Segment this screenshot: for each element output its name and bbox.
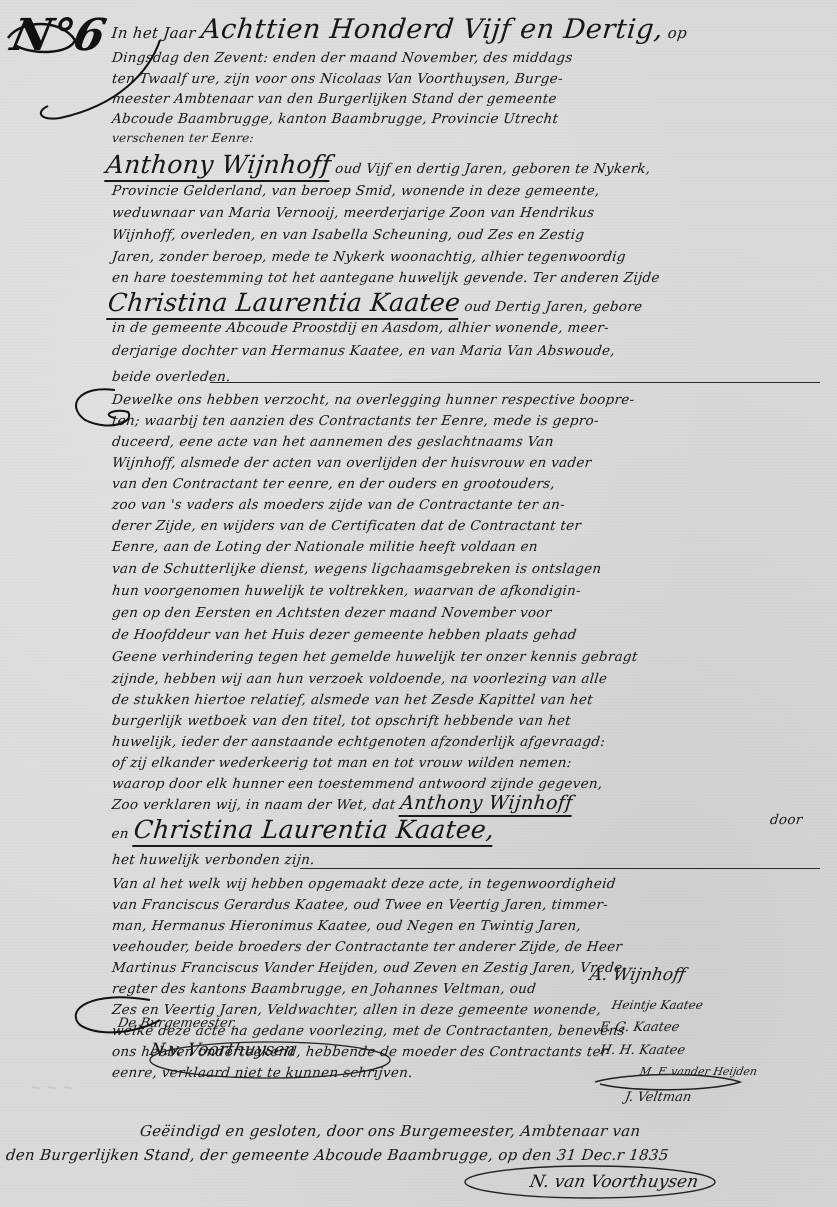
closing-line-1: Geëindigd en gesloten, door ons Burgemee… (139, 1122, 641, 1140)
declaration-groom-name: Anthony Wijnhoff (399, 792, 574, 817)
flourish-icon (60, 380, 180, 440)
declaration-line: Zoo verklaren wij, in naam der Wet, dat … (111, 792, 574, 814)
header-tail: op (667, 24, 688, 42)
bride-name: Christina Laurentia Kaatee (106, 288, 462, 320)
text-line: Abcoude Baambrugge, kanton Baambrugge, P… (111, 111, 559, 127)
text-line: weduwnaar van Maria Vernooij, meerderjar… (111, 205, 595, 221)
text-line: in de gemeente Abcoude Proostdij en Aasd… (111, 320, 610, 336)
text-line: Geene verhindering tegen het gemelde huw… (111, 649, 638, 665)
text-line: Dewelke ons hebben verzocht, na overlegg… (111, 392, 635, 408)
text-line: van de Schutterlijke dienst, wegens ligc… (111, 561, 602, 577)
text-line: Van al het welk wij hebben opgemaakt dez… (111, 876, 616, 892)
text-line: burgerlijk wetboek van den titel, tot op… (111, 713, 572, 729)
groom-line: Anthony Wijnhoff oud Vijf en dertig Jare… (104, 150, 652, 179)
text-line: Eenre, aan de Loting der Nationale milit… (111, 539, 539, 555)
text-line: van den Contractant ter eenre, en der ou… (111, 476, 556, 492)
year-words: Achttien Honderd Vijf en Dertig, (200, 14, 665, 45)
text-line: huwelijk, ieder der aanstaande echtgenot… (111, 734, 606, 750)
bleed-through-text: ~ ~ ~ (29, 1080, 75, 1096)
text-line: de stukken hiertoe relatief, alsmede van… (111, 692, 594, 708)
document-page: ~ ~ ~ N°6 In het Jaar Achttien Honderd V… (0, 0, 837, 1207)
text-line: derer Zijde, en wijders van de Certifica… (111, 518, 582, 534)
text-line: derjarige dochter van Hermanus Kaatee, e… (111, 343, 616, 359)
declaration-bride-line: en Christina Laurentia Kaatee, (110, 815, 495, 844)
text-line: waarop door elk hunner een toestemmend a… (111, 776, 603, 792)
text-line: of zij elkander wederkeerig tot man en t… (111, 755, 572, 771)
text-line: ten; waarbij ten aanzien des Contractant… (111, 413, 600, 429)
text-line: Provincie Gelderland, van beroep Smid, w… (111, 183, 600, 199)
text-line: zoo van 's vaders als moeders zijde van … (111, 497, 566, 513)
text-line: Jaren, zonder beroep, mede te Nykerk woo… (111, 249, 626, 265)
filler-rule (300, 868, 820, 869)
signature-groom: A. Wijnhoff (588, 965, 687, 985)
text-line: gen op den Eersten en Achtsten dezer maa… (111, 605, 552, 621)
bride-line: Christina Laurentia Kaatee oud Dertig Ja… (106, 288, 644, 317)
groom-name: Anthony Wijnhoff (104, 150, 332, 182)
text-line: Martinus Franciscus Vander Heijden, oud … (111, 960, 628, 976)
filler-rule (210, 382, 820, 383)
text-line: Wijnhoff, alsmede der acten van overlijd… (111, 455, 592, 471)
signature-flourish-icon (430, 1158, 730, 1206)
declaration-bride-name: Christina Laurentia Kaatee, (132, 815, 496, 847)
text-line: van Franciscus Gerardus Kaatee, oud Twee… (111, 897, 609, 913)
declaration-tail: door (769, 812, 803, 828)
text-line: Wijnhoff, overleden, en van Isabella Sch… (111, 227, 585, 243)
signature-flourish-icon (590, 1070, 750, 1100)
text-line: de Hoofddeur van het Huis dezer gemeente… (111, 627, 577, 643)
declaration-text: Zoo verklaren wij, in naam der Wet, dat (111, 797, 396, 813)
text-line: zijnde, hebben wij aan hun verzoek voldo… (111, 671, 608, 687)
text-line: meester Ambtenaar van den Burgerlijken S… (111, 91, 557, 107)
signature-flourish-icon (130, 1028, 410, 1088)
text-line: hun voorgenomen huwelijk te voltrekken, … (111, 583, 582, 599)
text-line: veehouder, beide broeders der Contractan… (111, 939, 623, 955)
declaration-closing: het huwelijk verbonden zijn. (111, 852, 315, 868)
text-line: Dingsdag den Zevent: enden der maand Nov… (111, 50, 573, 66)
text-line: duceerd, eene acte van het aannemen des … (111, 434, 554, 450)
signature-witness-1: F. G. Kaatee (599, 1020, 681, 1035)
text-line: verschenen ter Eenre: (111, 131, 254, 145)
header-intro: In het Jaar (111, 24, 197, 42)
header-line: In het Jaar Achttien Honderd Vijf en Der… (110, 14, 689, 45)
bride-line-tail: oud Dertig Jaren, gebore (464, 299, 644, 315)
signature-mother: Heintje Kaatee (611, 998, 704, 1012)
text-line: man, Hermanus Hieronimus Kaatee, oud Neg… (111, 918, 582, 934)
text-line: ten Twaalf ure, zijn voor ons Nicolaas V… (111, 71, 564, 87)
groom-line-tail: oud Vijf en dertig Jaren, geboren te Nyk… (334, 161, 651, 177)
signature-witness-2: H. H. Kaatee (599, 1043, 687, 1058)
declaration-conj: en (111, 826, 130, 842)
text-line: en hare toestemming tot het aantegane hu… (111, 270, 660, 286)
